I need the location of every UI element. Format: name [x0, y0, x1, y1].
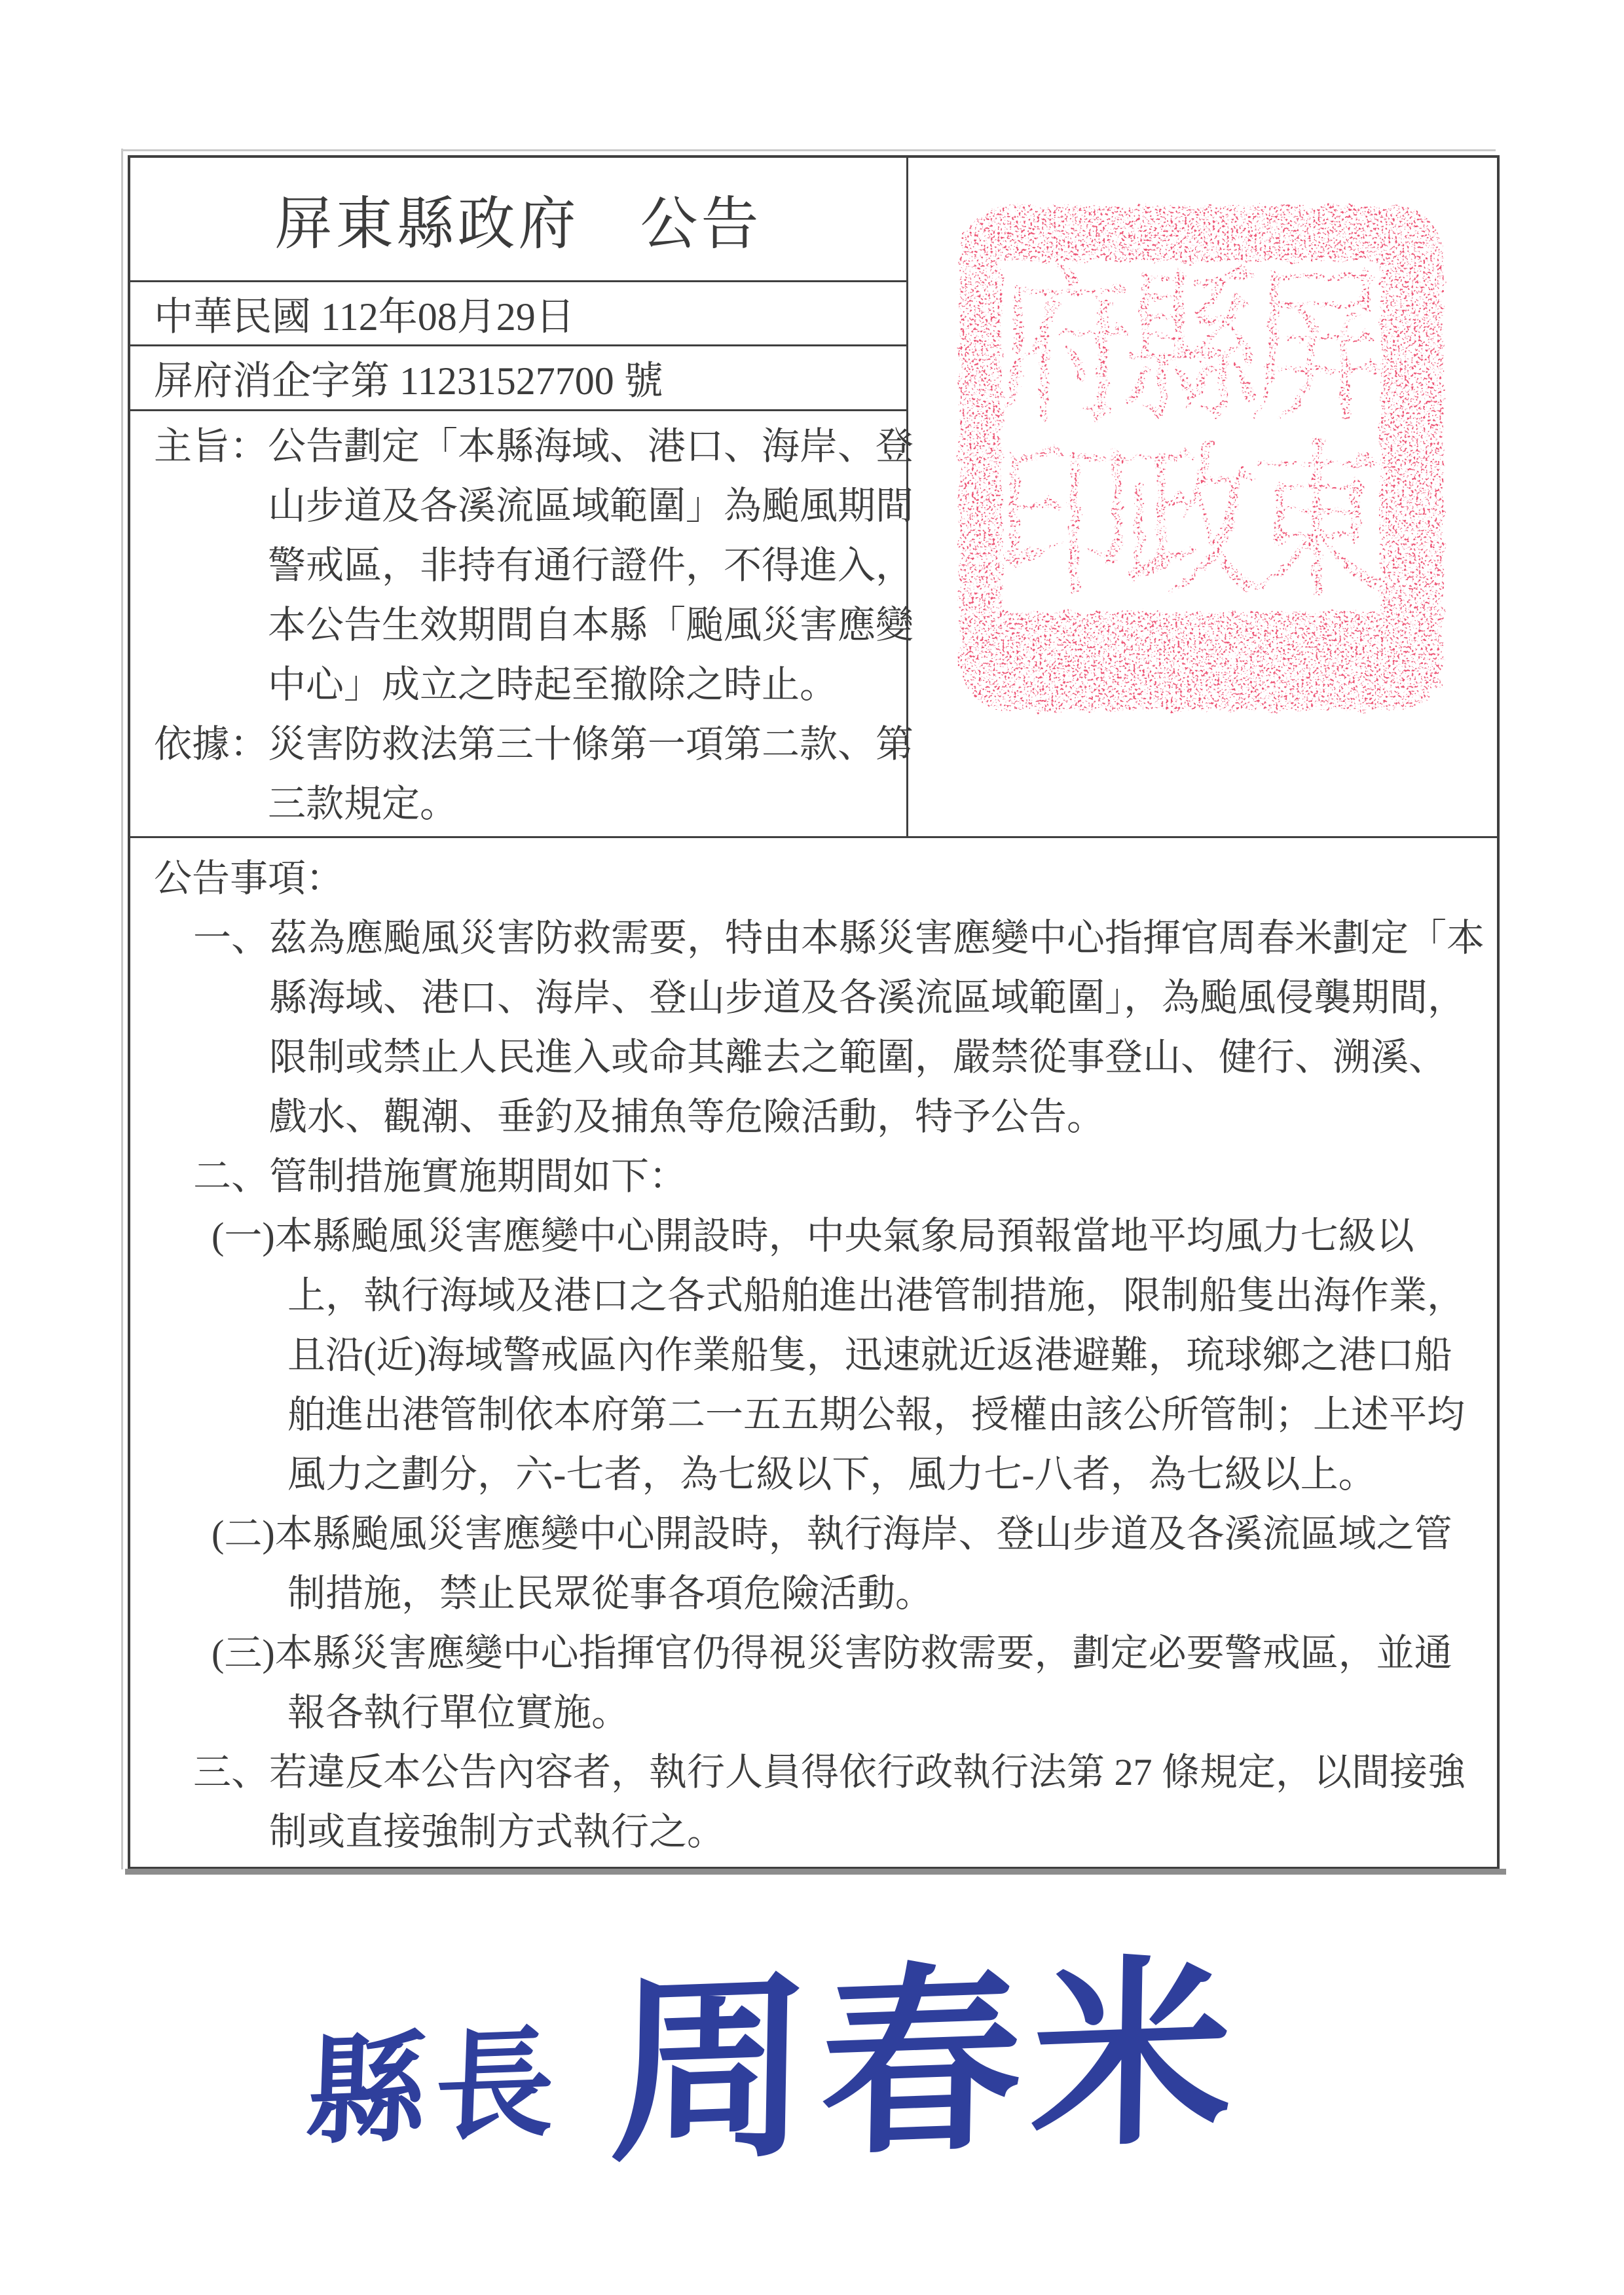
announcement-line: 舶進出港管制依本府第二一五五期公報，授權由該公所管制；上述平均 [154, 1385, 1484, 1444]
announcement-line: 三、若違反本公告內容者，執行人員得依行政執行法第 27 條規定，以間接強 [154, 1742, 1484, 1802]
document-number: 屏府消企字第 11231527700 號 [154, 350, 663, 406]
basis-line: 依據：災害防救法第三十條第一項第二款、第 [154, 714, 897, 774]
seal-char: 印 [995, 430, 1134, 618]
page-title: 屏東縣政府 公告 [274, 178, 762, 261]
subject-line: 中心」成立之時起至撤除之時止。 [154, 655, 897, 714]
date-row: 中華民國 112年08月29日 [130, 282, 906, 346]
announcement-heading: 公告事項： [154, 849, 1484, 908]
subject-line: 本公告生效期間自本縣「颱風災害應變 [154, 595, 897, 655]
basis-line: 三款規定。 [154, 774, 897, 834]
announcement-line: (三)本縣災害應變中心指揮官仍得視災害防救需要，劃定必要警戒區，並通 [154, 1623, 1484, 1683]
seal-characters: 屏 東 縣 政 府 印 [995, 256, 1387, 618]
announcement-line: 上，執行海域及港口之各式船舶進出港管制措施，限制船隻出海作業， [154, 1266, 1484, 1325]
subject-line: 山步道及各溪流區域範圍」為颱風期間 [154, 476, 897, 536]
announcement-line: 制措施，禁止民眾從事各項危險活動。 [154, 1564, 1484, 1623]
announcement-line: 一、茲為應颱風災害防救需要，特由本縣災害應變中心指揮官周春米劃定「本 [154, 908, 1484, 968]
subject-basis-cell: 主旨：公告劃定「本縣海域、港口、海岸、登 山步道及各溪流區域範圍」為颱風期間 警… [130, 411, 906, 834]
scan-ghost-line [121, 149, 1496, 151]
announcement-line: 限制或禁止人民進入或命其離去之範圍，嚴禁從事登山、健行、溯溪、 [154, 1027, 1484, 1087]
announcement-table: 屏東縣政府 公告 中華民國 112年08月29日 屏府消企字第 11231527… [128, 155, 1500, 1869]
announcement-items-cell: 公告事項： 一、茲為應颱風災害防救需要，特由本縣災害應變中心指揮官周春米劃定「本… [130, 836, 1497, 1867]
announcement-line: (一)本縣颱風災害應變中心開設時，中央氣象局預報當地平均風力七級以 [154, 1206, 1484, 1266]
announcement-line: 風力之劃分，六-七者，為七級以下，風力七-八者，為七級以上。 [154, 1444, 1484, 1504]
announcement-line: (二)本縣颱風災害應變中心開設時，執行海岸、登山步道及各溪流區域之管 [154, 1504, 1484, 1564]
announcement-line: 二、管制措施實施期間如下： [154, 1147, 1484, 1206]
title-row: 屏東縣政府 公告 [130, 158, 906, 282]
announcement-line: 縣海域、港口、海岸、登山步道及各溪流區域範圍」，為颱風侵襲期間， [154, 968, 1484, 1027]
magistrate-signature: 縣長 周春米 [302, 1890, 1247, 2211]
announcement-line: 制或直接強制方式執行之。 [154, 1802, 1484, 1862]
seal-char: 東 [1248, 430, 1387, 618]
seal-char: 屏 [1248, 256, 1387, 444]
subject-line: 主旨：公告劃定「本縣海域、港口、海岸、登 [154, 416, 897, 476]
scanned-announcement-page: { "page": { "background": "#ffffff", "te… [0, 0, 1624, 2295]
header-column: 屏東縣政府 公告 中華民國 112年08月29日 屏府消企字第 11231527… [130, 158, 908, 836]
announcement-line: 且沿(近)海域警戒區內作業船隻，迅速就近返港避難，琉球鄉之港口船 [154, 1325, 1484, 1385]
signature-name: 周春米 [608, 1890, 1245, 2201]
document-date: 中華民國 112年08月29日 [154, 285, 575, 342]
subject-line: 警戒區，非持有通行證件，不得進入， [154, 536, 897, 595]
seal-char: 府 [995, 256, 1134, 444]
signature-title: 縣長 [304, 1988, 567, 2168]
announcement-line: 報各執行單位實施。 [154, 1683, 1484, 1742]
doc-number-row: 屏府消企字第 11231527700 號 [130, 346, 906, 411]
announcement-line: 戲水、觀潮、垂釣及捕魚等危險活動，特予公告。 [154, 1087, 1484, 1147]
seal-char: 政 [1122, 430, 1261, 618]
seal-char: 縣 [1122, 256, 1263, 444]
official-seal: 屏 東 縣 政 府 印 [946, 200, 1457, 717]
seal-cell: 屏 東 縣 政 府 印 [908, 158, 1497, 836]
